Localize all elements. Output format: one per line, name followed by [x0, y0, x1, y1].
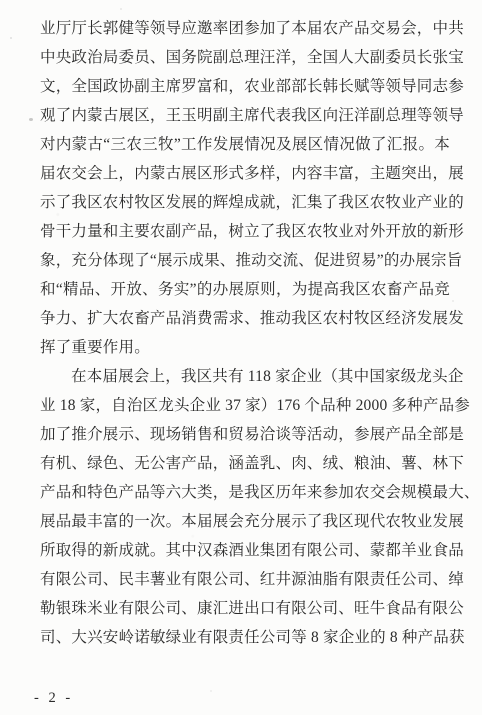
- text-line: 文，全国政协副主席罗富和，农业部部长韩长赋等领导同志参: [40, 72, 450, 101]
- text-line: 勒银珠米业有限公司、康汇进出口有限公司、旺牛食品有限公: [40, 594, 450, 623]
- text-line: 挥了重要作用。: [40, 333, 450, 362]
- text-line: 有限公司、民丰薯业有限公司、红井源油脂有限责任公司、绰: [40, 565, 450, 594]
- text-line: 在本届展会上，我区共有 118 家企业（其中国家级龙头企: [40, 362, 450, 391]
- text-line: 和“精品、开放、务实”的办展原则，为提高我区农畜产品竞: [40, 275, 450, 304]
- document-body: 业厅厅长郭健等领导应邀率团参加了本届农产品交易会，中共中央政治局委员、国务院副总…: [40, 14, 450, 652]
- text-line: 争力、扩大农畜产品消费需求、推动我区农村牧区经济发展发: [40, 304, 450, 333]
- text-line: 司、大兴安岭诺敏绿业有限责任公司等 8 家企业的 8 种产品获: [40, 623, 450, 652]
- scan-speck: [452, 300, 454, 302]
- text-line: 示了我区农村牧区发展的辉煌成就，汇集了我区农牧业产业的: [40, 188, 450, 217]
- text-line: 观了内蒙古展区，王玉明副主席代表我区向汪洋副总理等领导: [40, 101, 450, 130]
- text-line: 业厅厅长郭健等领导应邀率团参加了本届农产品交易会，中共: [40, 14, 450, 43]
- text-line: 骨干力量和主要农副产品，树立了我区农牧业对外开放的新形: [40, 217, 450, 246]
- text-line: 加了推介展示、现场销售和贸易洽谈等活动，参展产品全部是: [40, 420, 450, 449]
- scan-speck: [29, 118, 33, 121]
- text-line: 展品最丰富的一次。本届展会充分展示了我区现代农牧业发展: [40, 507, 450, 536]
- text-line: 届农交会上，内蒙古展区形式多样，内容丰富，主题突出，展: [40, 159, 450, 188]
- scan-speck: [10, 37, 12, 39]
- scanned-document-page: 业厅厅长郭健等领导应邀率团参加了本届农产品交易会，中共中央政治局委员、国务院副总…: [0, 0, 482, 715]
- text-line: 产品和特色产品等六大类，是我区历年来参加农交会规模最大、: [40, 478, 450, 507]
- page-number: - 2 -: [34, 690, 73, 707]
- scan-speck: [210, 690, 212, 692]
- text-line: 中央政治局委员、国务院副总理汪洋，全国人大副委员长张宝: [40, 43, 450, 72]
- text-line: 所取得的新成就。其中汉森酒业集团有限公司、蒙都羊业食品: [40, 536, 450, 565]
- scan-speck: [120, 8, 122, 10]
- text-line: 对内蒙古“三农三牧”工作发展情况及展区情况做了汇报。本: [40, 130, 450, 159]
- text-line: 象，充分体现了“展示成果、推动交流、促进贸易”的办展宗旨: [40, 246, 450, 275]
- text-line: 业 18 家，自治区龙头企业 37 家）176 个品种 2000 多种产品参: [40, 391, 450, 420]
- text-line: 有机、绿色、无公害产品，涵盖乳、肉、绒、粮油、薯、林下: [40, 449, 450, 478]
